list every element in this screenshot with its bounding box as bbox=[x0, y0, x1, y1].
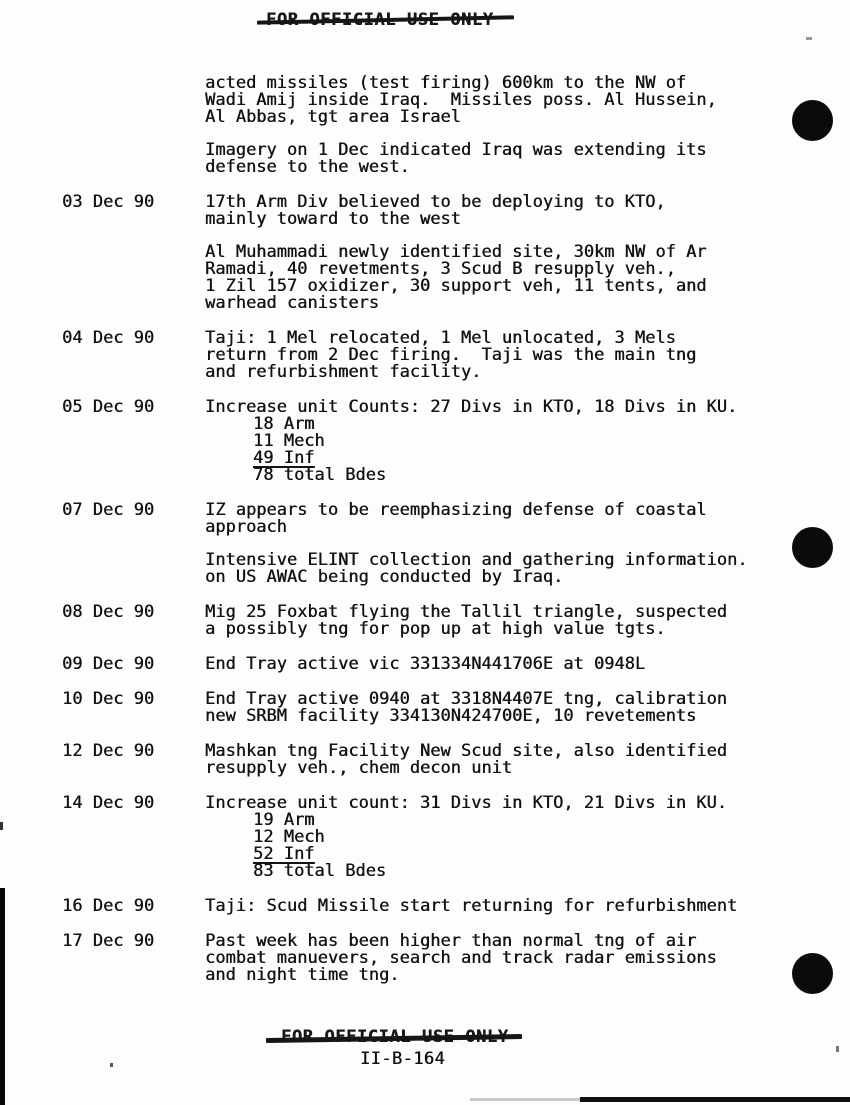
entry-date: 07 Dec 90 bbox=[62, 502, 205, 586]
entry-content: Taji: Scud Missile start returning for r… bbox=[205, 898, 802, 915]
entry-date bbox=[62, 75, 205, 176]
entry-date: 04 Dec 90 bbox=[62, 330, 205, 381]
entry-date: 10 Dec 90 bbox=[62, 691, 205, 725]
entry-content: Taji: 1 Mel relocated, 1 Mel unlocated, … bbox=[205, 330, 802, 381]
scan-speck bbox=[0, 822, 3, 830]
entry-date: 05 Dec 90 bbox=[62, 399, 205, 484]
scan-speck bbox=[110, 1063, 113, 1067]
entry-content: IZ appears to be reemphasizing defense o… bbox=[205, 502, 802, 586]
entry-content: Increase unit Counts: 27 Divs in KTO, 18… bbox=[205, 399, 802, 484]
log-entry-10-dec: 10 Dec 90 End Tray active 0940 at 3318N4… bbox=[62, 691, 802, 725]
entry-content: 17th Arm Div believed to be deploying to… bbox=[205, 194, 802, 312]
log-entry-17-dec: 17 Dec 90 Past week has been higher than… bbox=[62, 933, 802, 984]
entry-paragraph: acted missiles (test firing) 600km to th… bbox=[205, 75, 802, 126]
log-entry-07-dec: 07 Dec 90 IZ appears to be reemphasizing… bbox=[62, 502, 802, 586]
scan-edge-shadow-left bbox=[0, 888, 5, 1105]
hole-punch-dot bbox=[792, 527, 833, 568]
entry-date: 14 Dec 90 bbox=[62, 795, 205, 880]
entry-date: 09 Dec 90 bbox=[62, 656, 205, 673]
entry-date: 12 Dec 90 bbox=[62, 743, 205, 777]
log-entry-12-dec: 12 Dec 90 Mashkan tng Facility New Scud … bbox=[62, 743, 802, 777]
entry-date: 17 Dec 90 bbox=[62, 933, 205, 984]
page-number: II-B-164 bbox=[360, 1049, 445, 1069]
entry-content: acted missiles (test firing) 600km to th… bbox=[205, 75, 802, 176]
scan-streak-bottom-black bbox=[580, 1097, 850, 1102]
scan-speck bbox=[806, 37, 812, 40]
hole-punch-dot bbox=[792, 953, 833, 994]
entry-content: Mashkan tng Facility New Scud site, also… bbox=[205, 743, 802, 777]
entry-content: Past week has been higher than normal tn… bbox=[205, 933, 802, 984]
scan-speck bbox=[836, 1046, 839, 1052]
document-page: FOR OFFICIAL USE ONLY acted missiles (te… bbox=[0, 0, 850, 1105]
entry-paragraph: IZ appears to be reemphasizing defense o… bbox=[205, 502, 802, 536]
log-entry-14-dec: 14 Dec 90 Increase unit count: 31 Divs i… bbox=[62, 795, 802, 880]
log-entry-05-dec: 05 Dec 90 Increase unit Counts: 27 Divs … bbox=[62, 399, 802, 484]
unit-count-line: 78 total Bdes bbox=[205, 467, 802, 484]
log-entry-08-dec: 08 Dec 90 Mig 25 Foxbat flying the Talli… bbox=[62, 604, 802, 638]
entry-date: 16 Dec 90 bbox=[62, 898, 205, 915]
entry-paragraph: Past week has been higher than normal tn… bbox=[205, 933, 802, 984]
entry-paragraph: Taji: 1 Mel relocated, 1 Mel unlocated, … bbox=[205, 330, 802, 381]
entry-paragraph: Mashkan tng Facility New Scud site, also… bbox=[205, 743, 802, 777]
entry-paragraph: Intensive ELINT collection and gathering… bbox=[205, 552, 802, 586]
log-entry-04-dec: 04 Dec 90 Taji: 1 Mel relocated, 1 Mel u… bbox=[62, 330, 802, 381]
log-entry-09-dec: 09 Dec 90 End Tray active vic 331334N441… bbox=[62, 656, 802, 673]
log-entry-16-dec: 16 Dec 90 Taji: Scud Missile start retur… bbox=[62, 898, 802, 915]
entry-date: 03 Dec 90 bbox=[62, 194, 205, 312]
entry-content: End Tray active vic 331334N441706E at 09… bbox=[205, 656, 802, 673]
entry-paragraph: Taji: Scud Missile start returning for r… bbox=[205, 898, 802, 915]
unit-count-line: 83 total Bdes bbox=[205, 863, 802, 880]
log-entry-continuation: acted missiles (test firing) 600km to th… bbox=[62, 75, 802, 176]
entry-paragraph: Al Muhammadi newly identified site, 30km… bbox=[205, 244, 802, 312]
log-entry-03-dec: 03 Dec 90 17th Arm Div believed to be de… bbox=[62, 194, 802, 312]
log-body: acted missiles (test firing) 600km to th… bbox=[62, 75, 802, 1002]
entry-paragraph: Imagery on 1 Dec indicated Iraq was exte… bbox=[205, 142, 802, 176]
scan-streak-bottom-gray bbox=[470, 1098, 582, 1101]
entry-paragraph: End Tray active vic 331334N441706E at 09… bbox=[205, 656, 802, 673]
entry-paragraph: 17th Arm Div believed to be deploying to… bbox=[205, 194, 802, 228]
entry-date: 08 Dec 90 bbox=[62, 604, 205, 638]
entry-content: End Tray active 0940 at 3318N4407E tng, … bbox=[205, 691, 802, 725]
hole-punch-dot bbox=[792, 100, 833, 141]
entry-content: Mig 25 Foxbat flying the Tallil triangle… bbox=[205, 604, 802, 638]
entry-paragraph: Mig 25 Foxbat flying the Tallil triangle… bbox=[205, 604, 802, 638]
entry-content: Increase unit count: 31 Divs in KTO, 21 … bbox=[205, 795, 802, 880]
entry-paragraph: End Tray active 0940 at 3318N4407E tng, … bbox=[205, 691, 802, 725]
